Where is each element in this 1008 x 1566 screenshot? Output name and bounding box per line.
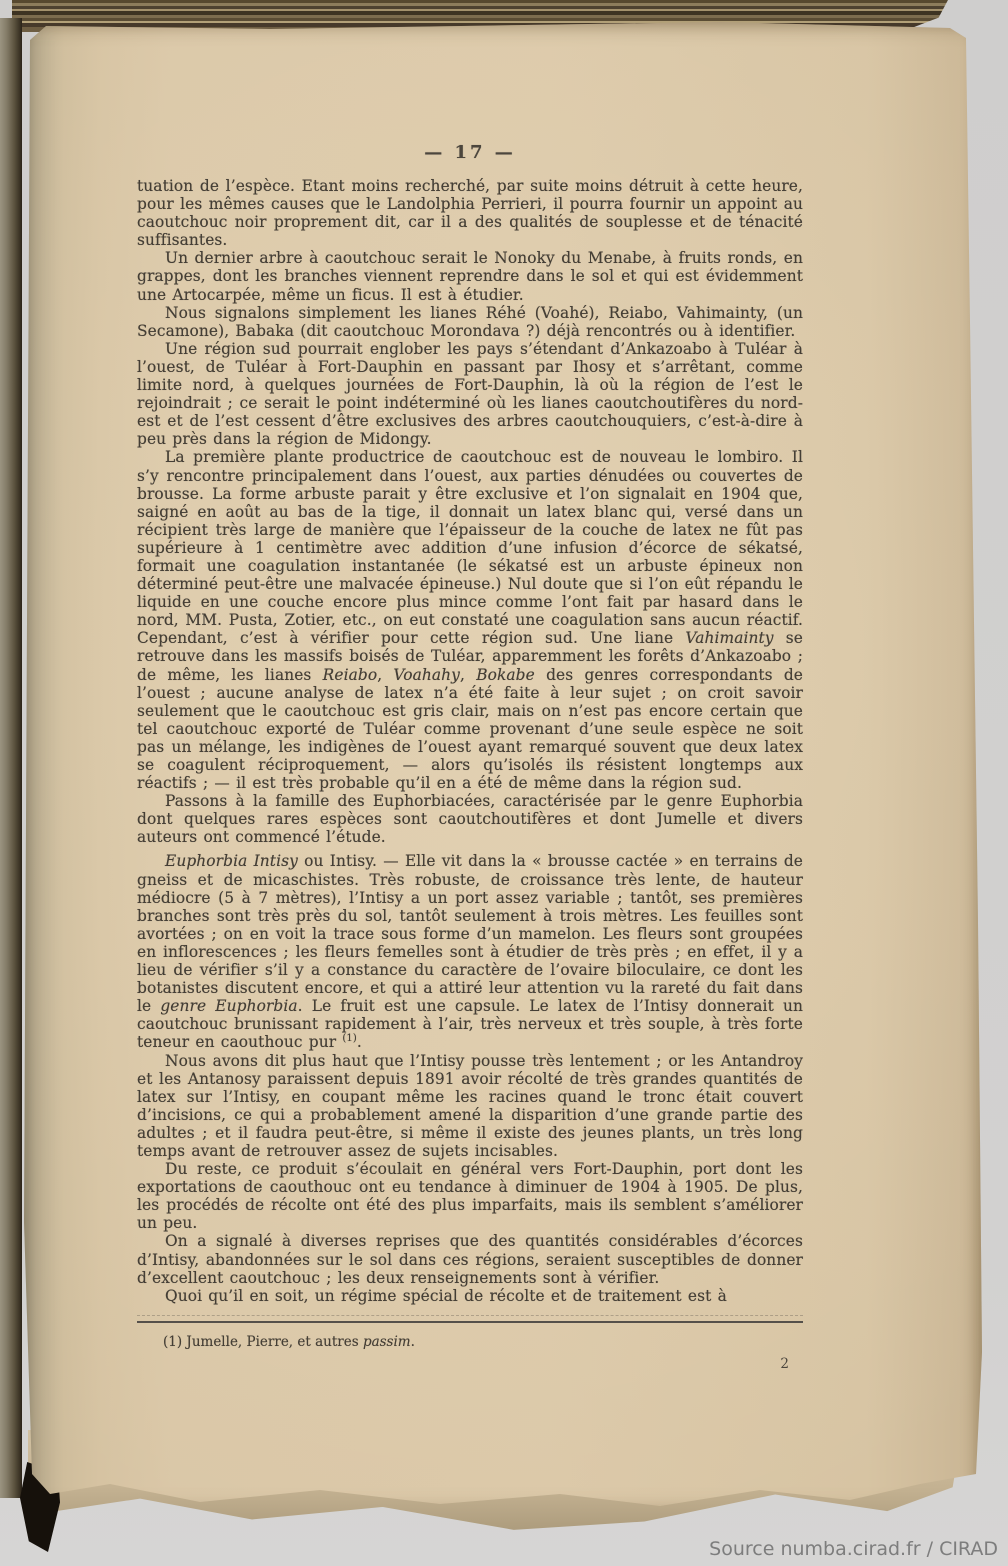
source-credit: Source numba.cirad.fr / CIRAD (709, 1538, 998, 1560)
paragraph: Un dernier arbre à caoutchouc serait le … (137, 249, 803, 303)
footnote-text: (1) Jumelle, Pierre, et autres passim. (137, 1334, 803, 1350)
text-column: — 17 — tuation de l’espèce. Etant moins … (137, 142, 803, 1372)
paragraph: Du reste, ce produit s’écoulait en génér… (137, 1160, 803, 1232)
paragraph: Nous signalons simplement les lianes Réh… (137, 304, 803, 340)
paragraph: tuation de l’espèce. Etant moins recherc… (137, 177, 803, 249)
paragraph: Une région sud pourrait englober les pay… (137, 340, 803, 449)
paragraph: La première plante productrice de caoutc… (137, 448, 803, 792)
paragraph: On a signalé à diverses reprises que des… (137, 1232, 803, 1286)
body-text: tuation de l’espèce. Etant moins recherc… (137, 177, 803, 1305)
footnote-separator (137, 1321, 803, 1323)
paragraph: Passons à la famille des Euphorbiacées, … (137, 792, 803, 846)
book-spine (0, 18, 22, 1498)
paragraph: Nous avons dit plus haut que l’Intisy po… (137, 1052, 803, 1161)
book-scan-photo: — 17 — tuation de l’espèce. Etant moins … (0, 0, 1008, 1566)
page-number-header: — 17 — (137, 142, 803, 163)
signature-mark: 2 (137, 1356, 789, 1372)
book-page: — 17 — tuation de l’espèce. Etant moins … (20, 22, 982, 1516)
paragraph: Quoi qu’il en soit, un régime spécial de… (137, 1287, 803, 1305)
paragraph: Euphorbia Intisy ou Intisy. — Elle vit d… (137, 852, 803, 1051)
